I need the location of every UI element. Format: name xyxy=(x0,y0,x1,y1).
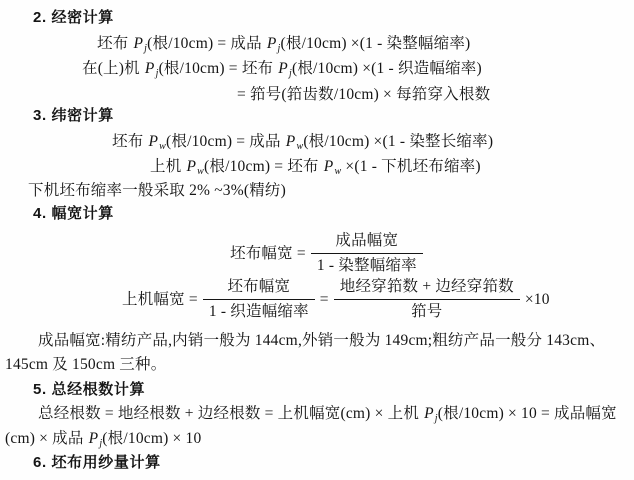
frac1-denominator: 1 - 染整幅缩率 xyxy=(311,254,423,276)
formula-greige-warp-density: 坯布 Pj(根/10cm) = 成品 Pj(根/10cm) ×(1 - 染整幅缩… xyxy=(97,34,470,54)
frac2-rhs: ×10 xyxy=(525,290,550,310)
para-finished-width-line1: 成品幅宽:精纺产品,内销一般为 144cm,外销一般为 149cm;粗纺产品一般… xyxy=(38,331,605,351)
formula-on-loom-width: 上机幅宽 = 坯布幅宽 1 - 织造幅缩率 = 地经穿筘数 + 边经穿筘数 筘号… xyxy=(122,277,550,322)
fraction-loom-width: 坯布幅宽 1 - 织造幅缩率 xyxy=(203,277,315,322)
frac1-lhs: 坯布幅宽 = xyxy=(230,244,306,264)
fraction-greige-width: 成品幅宽 1 - 染整幅缩率 xyxy=(311,231,423,276)
formula-greige-width: 坯布幅宽 = 成品幅宽 1 - 染整幅缩率 xyxy=(230,231,423,276)
heading-weft-density-calc: 3. 纬密计算 xyxy=(33,106,114,126)
frac2-numerator1: 坯布幅宽 xyxy=(203,277,315,300)
para-finished-width-line2: 145cm 及 150cm 三种。 xyxy=(5,355,166,375)
frac2-denominator1: 1 - 织造幅缩率 xyxy=(203,300,315,322)
heading-warp-density-calc: 2. 经密计算 xyxy=(33,8,114,28)
frac2-lhs: 上机幅宽 = xyxy=(122,290,198,310)
formula-on-loom-warp-density: 在(上)机 Pj(根/10cm) = 坯布 Pj(根/10cm) ×(1 - 织… xyxy=(82,59,482,79)
heading-greige-yarn-usage-calc: 6. 坯布用纱量计算 xyxy=(33,453,161,473)
frac2-numerator2: 地经穿筘数 + 边经穿筘数 xyxy=(334,277,520,300)
frac2-equals: = xyxy=(320,290,329,310)
formula-on-loom-weft-density: 上机 Pw(根/10cm) = 坯布 Pw ×(1 - 下机坯布缩率) xyxy=(150,157,481,177)
para-total-ends-line2: (cm) × 成品 Pj(根/10cm) × 10 xyxy=(5,429,201,449)
heading-width-calc: 4. 幅宽计算 xyxy=(33,204,114,224)
frac2-denominator2: 筘号 xyxy=(334,300,520,322)
fraction-reed-count: 地经穿筘数 + 边经穿筘数 筘号 xyxy=(334,277,520,322)
formula-greige-weft-density: 坯布 Pw(根/10cm) = 成品 Pw(根/10cm) ×(1 - 染整长缩… xyxy=(112,132,493,152)
formula-reed-number-continuation: = 筘号(筘齿数/10cm) × 每筘穿入根数 xyxy=(237,85,490,105)
para-total-ends-line1: 总经根数 = 地经根数 + 边经根数 = 上机幅宽(cm) × 上机 Pj(根/… xyxy=(38,404,617,424)
frac1-numerator: 成品幅宽 xyxy=(311,231,423,254)
note-off-loom-shrinkage: 下机坯布缩率一般采取 2% ~3%(精纺) xyxy=(28,181,286,201)
heading-total-ends-calc: 5. 总经根数计算 xyxy=(33,380,145,400)
document-page: 2. 经密计算 坯布 Pj(根/10cm) = 成品 Pj(根/10cm) ×(… xyxy=(0,0,634,480)
